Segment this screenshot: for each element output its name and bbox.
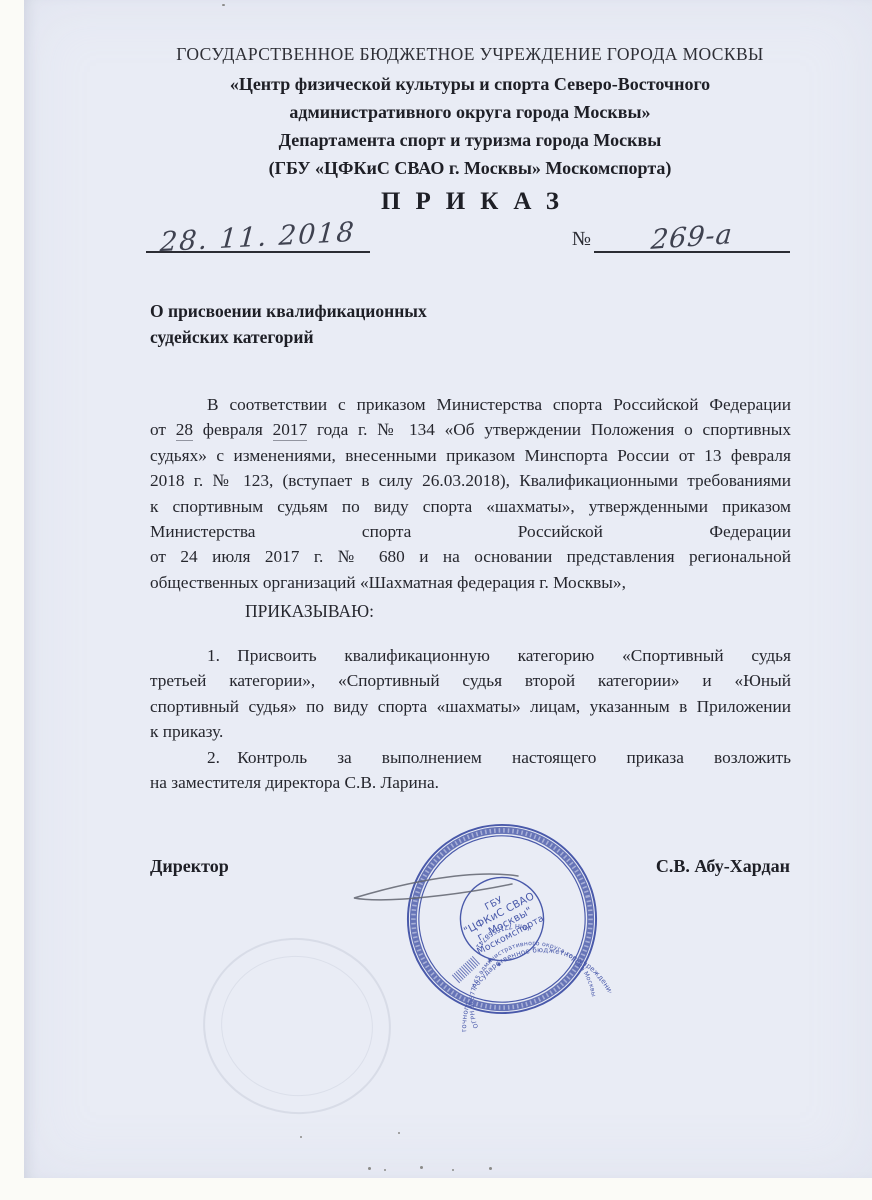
preamble-paragraph: В соответствии с приказом Министерства с… xyxy=(150,392,791,595)
body-line: 2. Контроль за выполнением настоящего пр… xyxy=(150,745,791,770)
body-line: 2018 г. № 123, (вступает в силу 26.03.20… xyxy=(150,468,791,493)
order-date-field: 28. 11. 2018 xyxy=(146,222,370,253)
body-text: 2017 xyxy=(273,420,308,441)
scan-speck xyxy=(420,1166,423,1169)
body-line: на заместителя директора С.В. Ларина. xyxy=(150,770,791,795)
order-title: ПРИКАЗ xyxy=(68,188,872,216)
subject-line: судейских категорий xyxy=(150,324,427,350)
scan-speck xyxy=(452,1169,454,1171)
body-line: третьей категории», «Спортивный судья вт… xyxy=(150,668,791,693)
subject-line: О присвоении квалификационных xyxy=(150,298,427,324)
body-line: к спортивным судьям по виду спорта «шахм… xyxy=(150,494,791,519)
body-line: от 28 февраля 2017 года г. № 134 «Об утв… xyxy=(150,417,791,442)
institution-name-line: административного округа города Москвы» xyxy=(68,103,872,122)
body-line: Министерства спорта Российской Федерации xyxy=(150,519,791,544)
decree-word: ПРИКАЗЫВАЮ: xyxy=(245,601,374,622)
body-text: от xyxy=(150,420,176,439)
order-subject: О присвоении квалификационных судейских … xyxy=(150,298,427,350)
order-meta-row: 28. 11. 2018 № 269-а xyxy=(146,222,790,253)
body-text: года г. № 134 «Об утверждении Положения … xyxy=(307,420,791,439)
scan-speck xyxy=(222,4,225,6)
institution-short-name: (ГБУ «ЦФКиС СВАО г. Москвы» Москомспорта… xyxy=(68,159,872,178)
body-text: 28 xyxy=(176,420,193,441)
handwritten-date: 28. 11. 2018 xyxy=(159,217,357,258)
institution-name-line: «Центр физической культуры и спорта Севе… xyxy=(68,75,872,94)
scan-speck xyxy=(384,1169,386,1171)
body-line: судьях» с изменениями, внесенными приказ… xyxy=(150,443,791,468)
body-line: 1. Присвоить квалификационную категорию … xyxy=(150,643,791,668)
order-item-2: 2. Контроль за выполнением настоящего пр… xyxy=(150,745,791,796)
body-line: спортивный судья» по виду спорта «шахмат… xyxy=(150,694,791,719)
body-line: от 24 июля 2017 г. № 680 и на основании … xyxy=(150,544,791,569)
handwritten-order-number: 269-а xyxy=(650,219,734,256)
order-number-field: № 269-а xyxy=(572,222,790,253)
number-sign: № xyxy=(572,228,591,253)
body-line: В соответствии с приказом Министерства с… xyxy=(150,392,791,417)
scan-speck xyxy=(398,1132,400,1134)
order-item-1: 1. Присвоить квалификационную категорию … xyxy=(150,643,791,745)
scan-speck xyxy=(300,1136,302,1138)
body-line: общественных организаций «Шахматная феде… xyxy=(150,570,791,595)
department-line: Департамента спорт и туризма города Моск… xyxy=(68,131,872,150)
director-role-label: Директор xyxy=(150,856,229,877)
scan-speck xyxy=(489,1167,492,1170)
body-text: февраля xyxy=(193,420,273,439)
scanned-order-document: ГОСУДАРСТВЕННОЕ БЮДЖЕТНОЕ УЧРЕЖДЕНИЕ ГОР… xyxy=(0,0,872,1200)
institution-name-line: ГОСУДАРСТВЕННОЕ БЮДЖЕТНОЕ УЧРЕЖДЕНИЕ ГОР… xyxy=(68,44,872,65)
body-line: к приказу. xyxy=(150,719,791,744)
director-name: С.В. Абу-Хардан xyxy=(656,856,790,877)
order-number-line: 269-а xyxy=(594,222,790,253)
scan-speck xyxy=(368,1167,371,1170)
document-header: ГОСУДАРСТВЕННОЕ БЮДЖЕТНОЕ УЧРЕЖДЕНИЕ ГОР… xyxy=(68,44,872,187)
director-signature-stroke xyxy=(346,866,526,920)
